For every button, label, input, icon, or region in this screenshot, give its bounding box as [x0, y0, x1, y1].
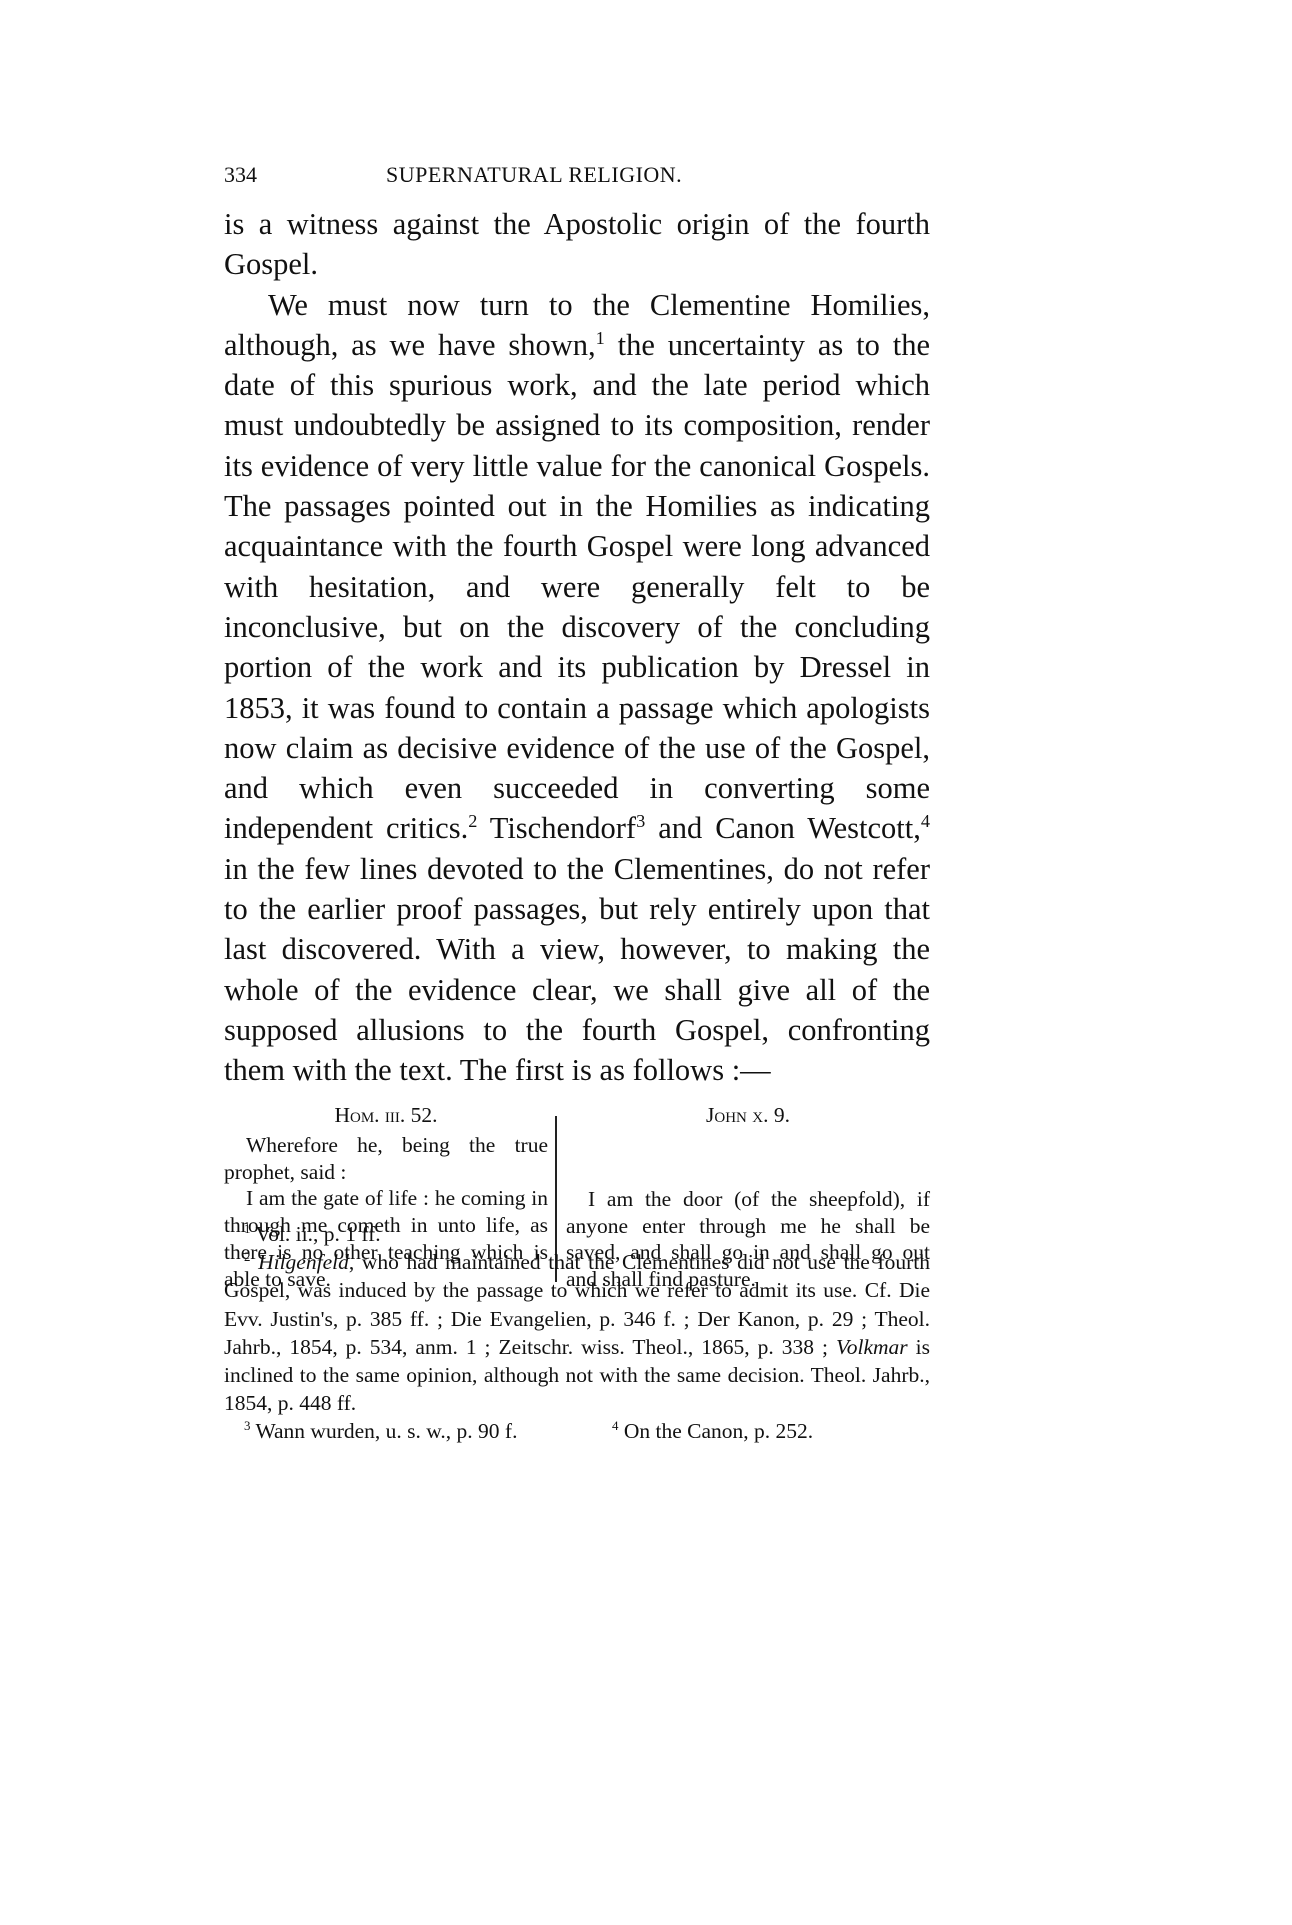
- footnote-ref-2: 2: [468, 811, 477, 831]
- john-heading: John x. 9.: [566, 1102, 930, 1129]
- footnotes: 1 Vol. ii., p. 1 ff. 2 Hilgenfeld, who h…: [224, 1220, 930, 1446]
- paragraph-1: is a witness against the Apostolic origi…: [224, 204, 930, 285]
- footnote-1: 1 Vol. ii., p. 1 ff.: [224, 1220, 930, 1248]
- footnote-ref-4: 4: [921, 811, 930, 831]
- page-header: 334 SUPERNATURAL RELIGION.: [224, 140, 930, 180]
- footnotes-3-4: 3 Wann wurden, u. s. w., p. 90 f. 4 On t…: [224, 1417, 930, 1445]
- footnote-4: 4 On the Canon, p. 252.: [612, 1417, 813, 1445]
- page-number: 334: [224, 162, 257, 188]
- footnote-ref-1: 1: [596, 328, 605, 348]
- main-text: is a witness against the Apostolic origi…: [224, 204, 930, 1091]
- homilies-heading: Hom. iii. 52.: [224, 1102, 548, 1129]
- footnote-ref-3: 3: [636, 811, 645, 831]
- homilies-intro: Wherefore he, being the true prophet, sa…: [224, 1132, 548, 1186]
- footnote-3: 3 Wann wurden, u. s. w., p. 90 f.: [224, 1417, 612, 1445]
- footnote-2: 2 Hilgenfeld, who had maintained that th…: [224, 1248, 930, 1417]
- paragraph-2: We must now turn to the Clementine Homil…: [224, 285, 930, 1091]
- running-head: SUPERNATURAL RELIGION.: [386, 162, 682, 188]
